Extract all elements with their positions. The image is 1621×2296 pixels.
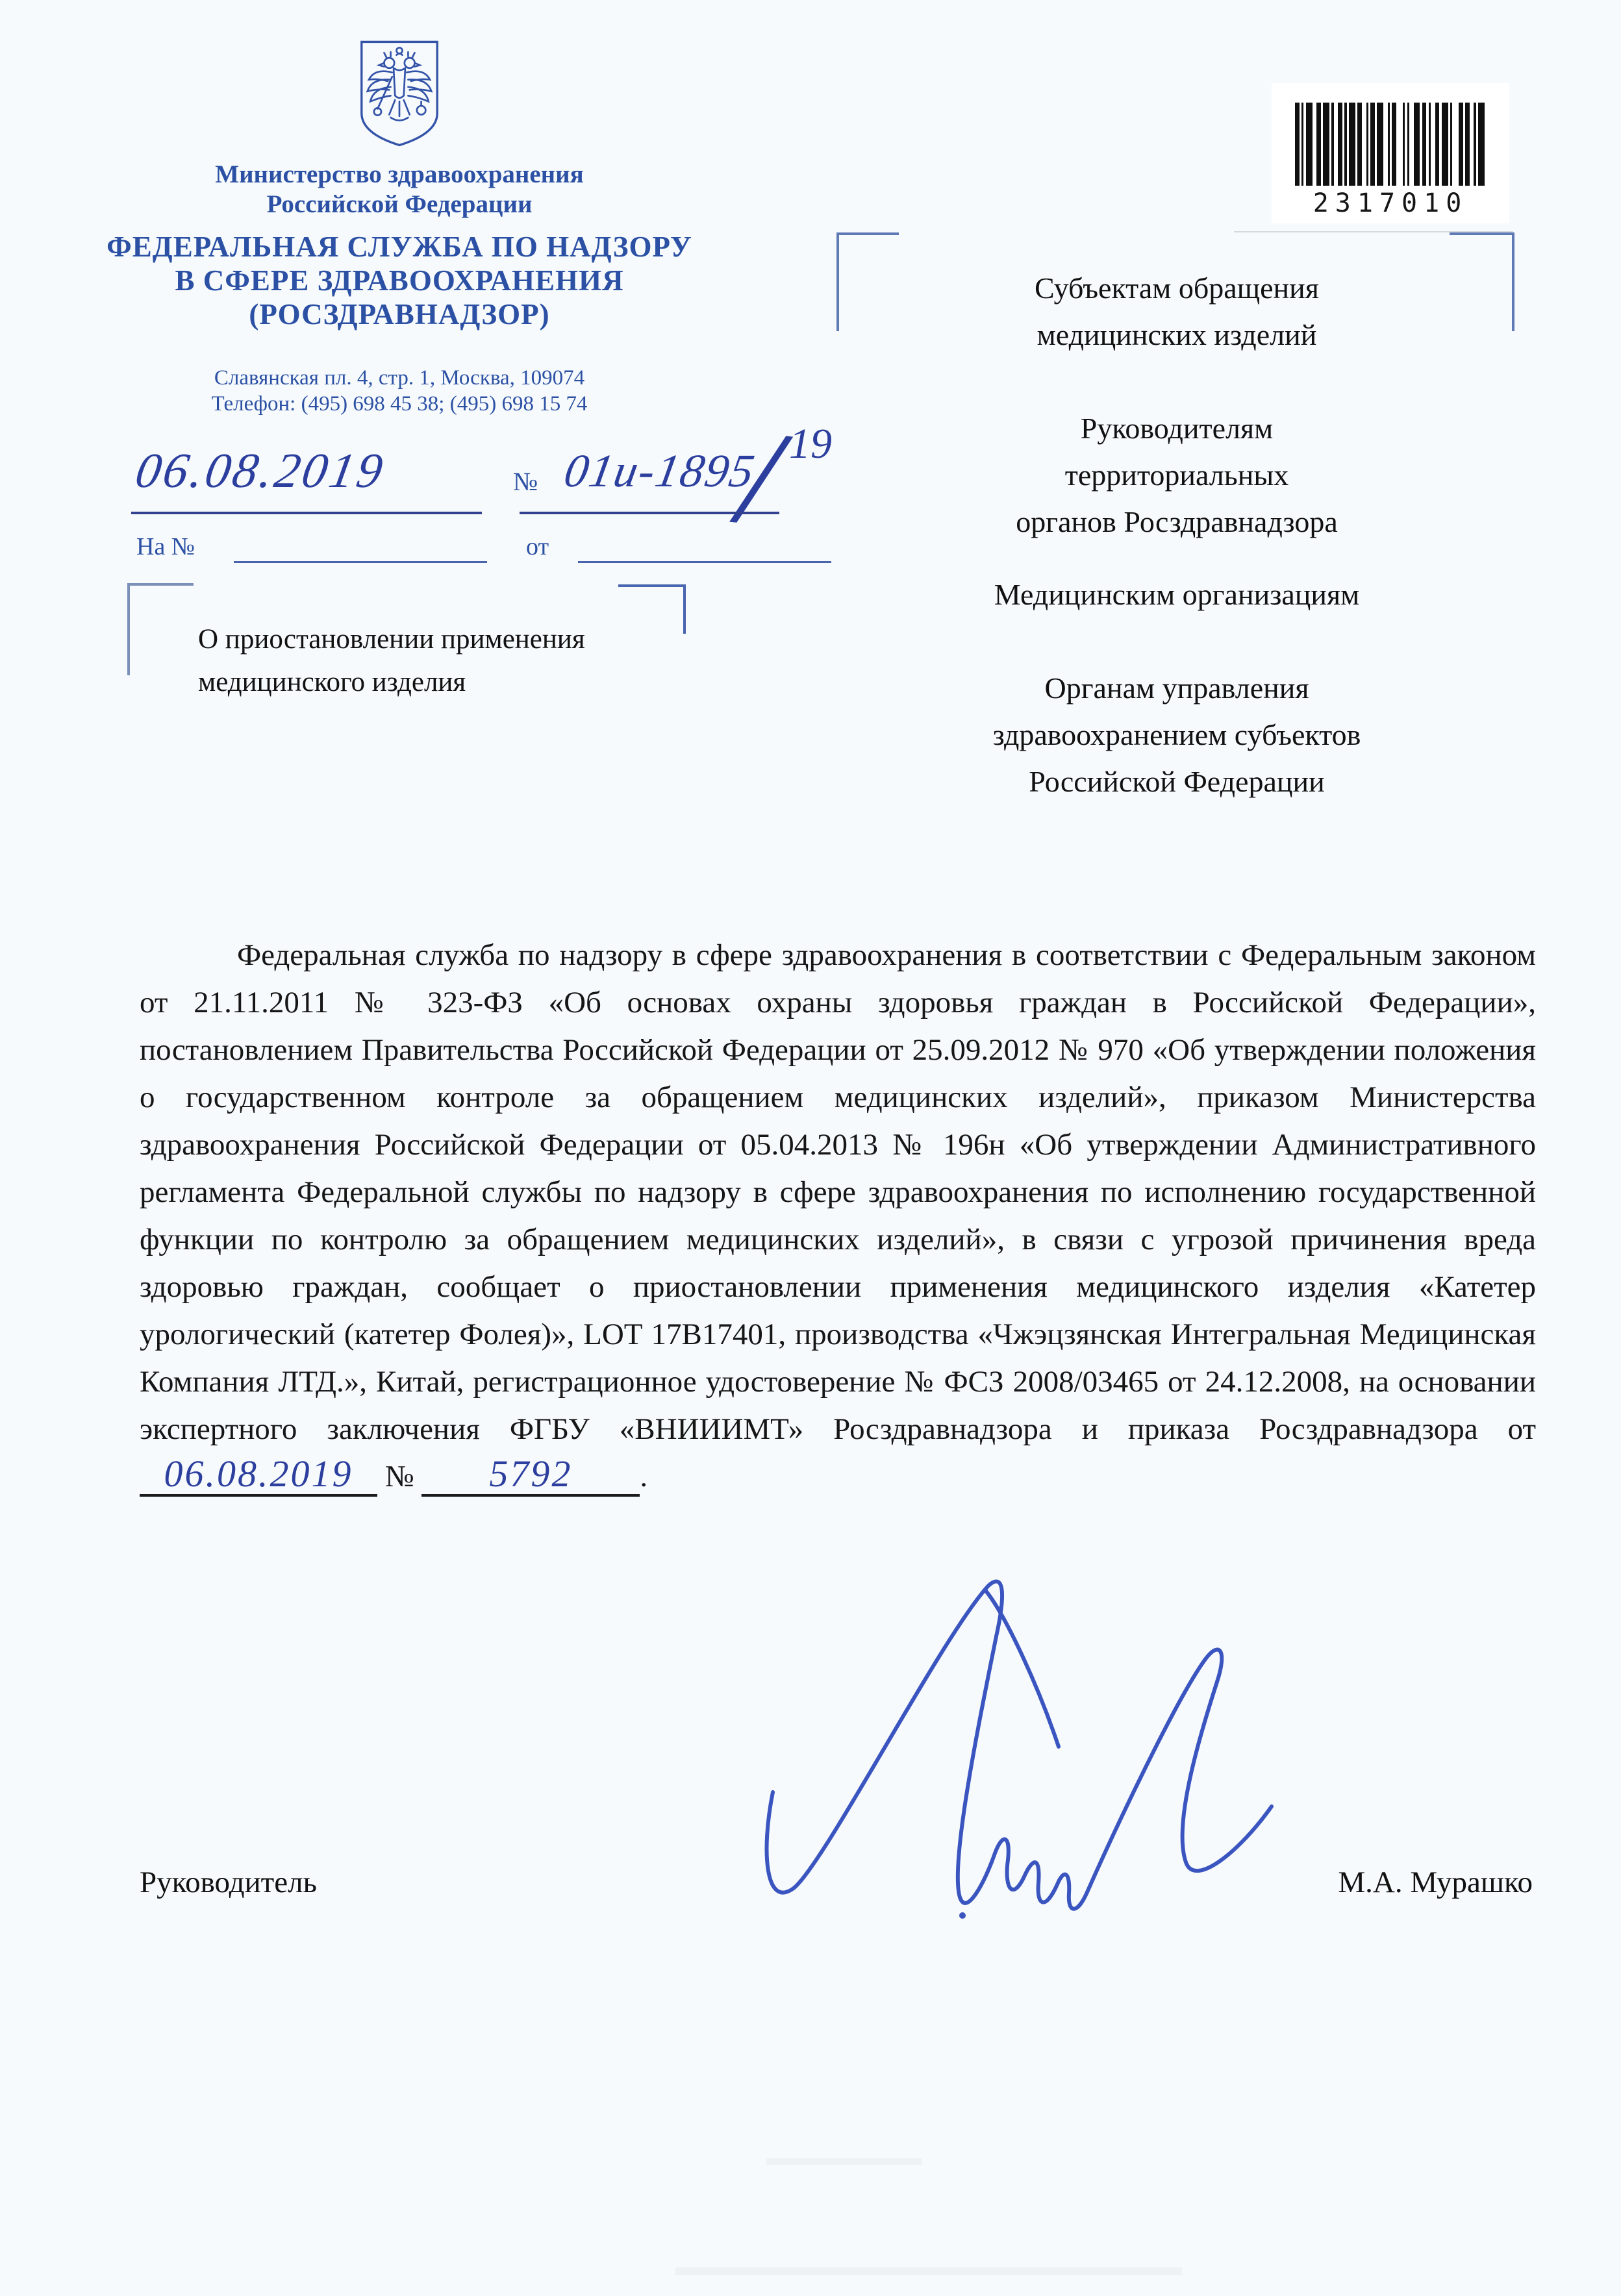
subject-corner-mark-right: [618, 584, 686, 634]
recipients: Субъектам обращения медицинских изделий …: [839, 265, 1514, 852]
recipient-group: Органам управления здравоохранением субъ…: [839, 665, 1514, 805]
reply-date-underline: [578, 561, 831, 563]
number-underline: [520, 512, 779, 514]
address-line: Славянская пл. 4, стр. 1, Москва, 109074: [91, 365, 708, 391]
barcode: 2317010: [1272, 83, 1509, 223]
handwritten-outgoing-number: 01и-1895: [560, 444, 760, 498]
barcode-bars-icon: [1295, 103, 1487, 186]
signer-title: Руководитель: [140, 1865, 317, 1900]
number-sign: №: [513, 466, 538, 497]
reply-number-underline: [234, 561, 487, 563]
recipient-group: Медицинским организациям: [839, 571, 1514, 618]
letterhead: Министерство здравоохранения Российской …: [91, 39, 708, 417]
sentence-period: .: [640, 1460, 647, 1493]
handwritten-order-date: 06.08.2019: [140, 1455, 377, 1497]
recipient-line: медицинских изделий: [839, 312, 1514, 358]
order-number-sign: №: [385, 1460, 414, 1493]
recipient-line: территориальных: [839, 452, 1514, 499]
body-main-text: Федеральная служба по надзору в сфере зд…: [140, 938, 1536, 1446]
agency-address: Славянская пл. 4, стр. 1, Москва, 109074…: [91, 365, 708, 417]
recipient-group: Субъектам обращения медицинских изделий: [839, 265, 1514, 358]
russia-coat-of-arms-icon: [342, 39, 457, 148]
date-underline: [131, 512, 482, 514]
subject-corner-mark-left: [127, 583, 194, 675]
recipient-group: Руководителям территориальных органов Ро…: [839, 405, 1514, 545]
signer-name: М.А. Мурашко: [1338, 1865, 1533, 1900]
recipient-line: Органам управления: [839, 665, 1514, 712]
recipient-line: Российской Федерации: [839, 758, 1514, 805]
handwritten-slash: /: [733, 399, 786, 558]
body-paragraph: Федеральная служба по надзору в сфере зд…: [140, 932, 1536, 1501]
document-page: Министерство здравоохранения Российской …: [0, 0, 1621, 2296]
recipient-line: органов Росздравнадзора: [839, 499, 1514, 545]
handwritten-outgoing-date: 06.08.2019: [131, 443, 389, 499]
recipient-line: Руководителям: [839, 405, 1514, 452]
agency-line2: В СФЕРЕ ЗДРАВООХРАНЕНИЯ: [91, 264, 708, 297]
subject: О приостановлении применения медицинског…: [198, 618, 585, 704]
subject-line1: О приостановлении применения: [198, 618, 585, 661]
scan-artifact-smudge: [675, 2267, 1182, 2275]
agency-name: ФЕДЕРАЛЬНАЯ СЛУЖБА ПО НАДЗОРУ В СФЕРЕ ЗД…: [91, 230, 708, 331]
phone-line: Телефон: (495) 698 45 38; (495) 698 15 7…: [91, 391, 708, 417]
handwritten-order-number: 5792: [421, 1455, 640, 1497]
recipient-line: Субъектам обращения: [839, 265, 1514, 312]
reply-from-label: от: [526, 532, 549, 561]
barcode-number: 2317010: [1272, 188, 1509, 218]
agency-line1: ФЕДЕРАЛЬНАЯ СЛУЖБА ПО НАДЗОРУ: [91, 230, 708, 264]
ministry-line1: Министерство здравоохранения: [91, 160, 708, 190]
agency-line3: (РОСЗДРАВНАДЗОР): [91, 297, 708, 331]
reply-number-label: На №: [136, 532, 195, 561]
scan-artifact-smudge: [766, 2158, 922, 2165]
ministry-line2: Российской Федерации: [91, 190, 708, 219]
handwritten-number-suffix: 19: [789, 419, 832, 469]
recipient-line: Медицинским организациям: [839, 571, 1514, 618]
handwritten-signature: [734, 1578, 1279, 2058]
subject-line2: медицинского изделия: [198, 661, 585, 704]
recipient-line: здравоохранением субъектов: [839, 712, 1514, 758]
ministry-name: Министерство здравоохранения Российской …: [91, 160, 708, 219]
